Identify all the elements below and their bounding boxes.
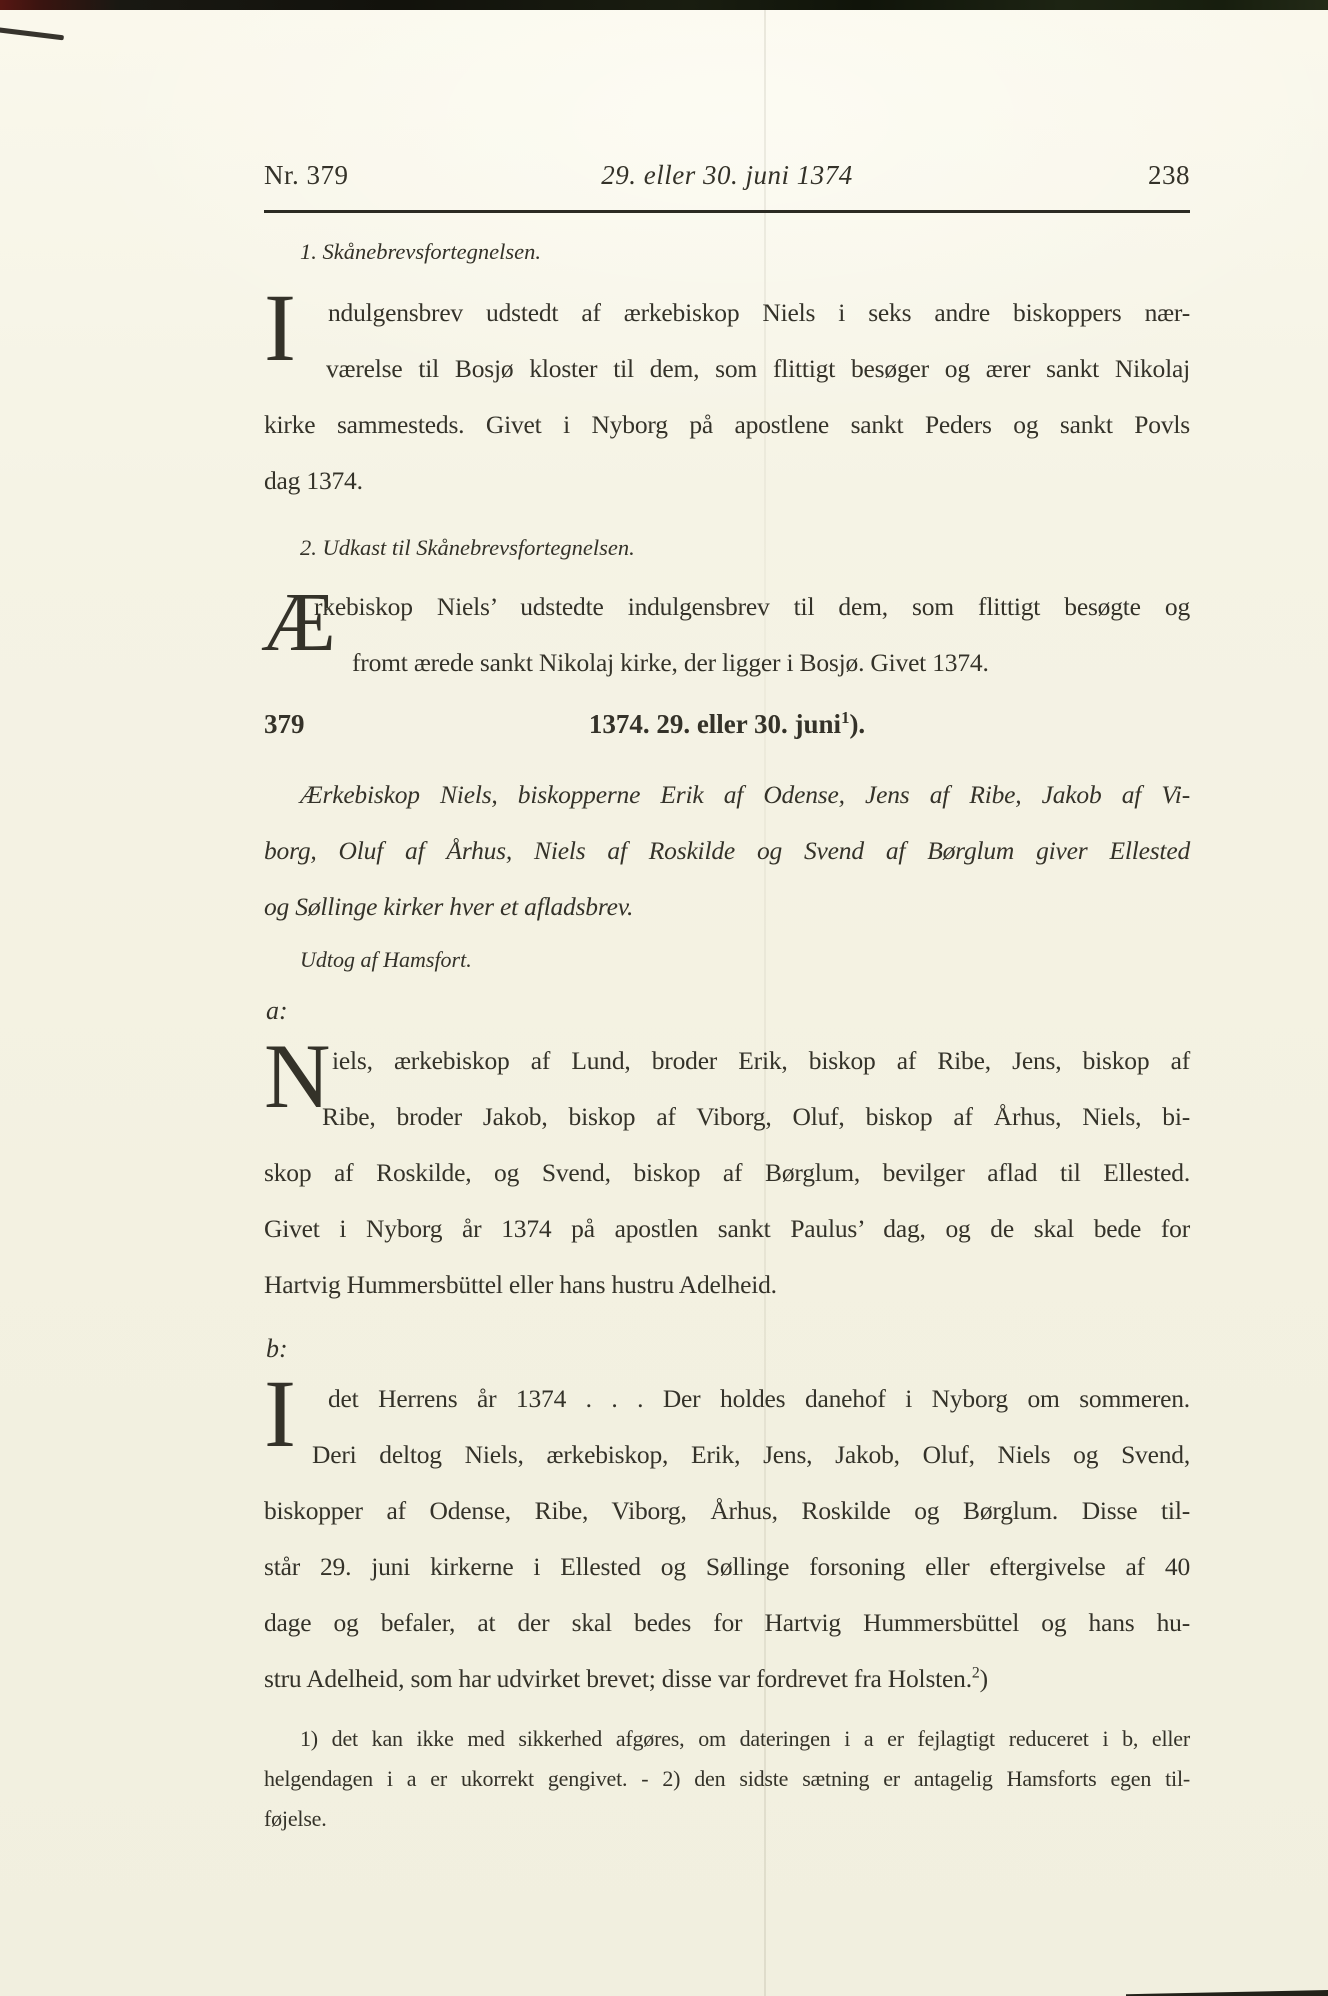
- paragraph-text-b: I det Herrens år 1374 . . . Der holdes d…: [264, 1371, 1190, 1707]
- text-line-end: stru Adelheid, som har udvirket brevet; …: [264, 1664, 972, 1693]
- dropcap-n: N: [264, 1030, 330, 1122]
- text-line: fromt ærede sankt Nikolaj kirke, der lig…: [264, 635, 1190, 691]
- text-line: Givet i Nyborg år 1374 på apostlen sankt…: [264, 1201, 1190, 1257]
- text-line: rkebiskop Niels’ udstedte indulgensbrev …: [264, 579, 1190, 635]
- text-line: Deri deltog Niels, ærkebiskop, Erik, Jen…: [264, 1427, 1190, 1483]
- text-line: biskopper af Odense, Ribe, Viborg, Århus…: [264, 1483, 1190, 1539]
- footnote-line: føjelse.: [264, 1799, 1190, 1839]
- entry-date-suffix: ).: [849, 709, 865, 739]
- text-line: kirke sammesteds. Givet i Nyborg på apos…: [264, 397, 1190, 453]
- dropcap-i: I: [264, 280, 296, 376]
- text-line: stru Adelheid, som har udvirket brevet; …: [264, 1651, 1190, 1707]
- text-line: ndulgensbrev udstedt af ærkebiskop Niels…: [264, 285, 1190, 341]
- section-2-label: 2. Udkast til Skånebrevsfortegnelsen.: [264, 535, 1190, 561]
- footnote-line: helgendagen i a er ukorrekt gengivet. - …: [264, 1759, 1190, 1799]
- footnote-line: 1) det kan ikke med sikkerhed afgøres, o…: [264, 1719, 1190, 1759]
- dropcap-i: I: [264, 1366, 296, 1462]
- text-line: står 29. juni kirkerne i Ellested og Søl…: [264, 1539, 1190, 1595]
- text-line: iels, ærkebiskop af Lund, broder Erik, b…: [264, 1033, 1190, 1089]
- text-line: Hartvig Hummersbüttel eller hans hustru …: [264, 1257, 1190, 1313]
- text-a-label: a:: [264, 995, 1190, 1027]
- header-rule: [264, 210, 1190, 213]
- footnote-ref-2: 2: [972, 1665, 980, 1682]
- entry-date: 1374. 29. eller 30. juni1).: [589, 709, 865, 739]
- paragraph-skanebrev: I ndulgensbrev udstedt af ærkebiskop Nie…: [264, 285, 1190, 509]
- footnote-ref-suffix: ): [980, 1664, 988, 1693]
- text-line: skop af Roskilde, og Svend, biskop af Bø…: [264, 1145, 1190, 1201]
- paragraph-text-a: N iels, ærkebiskop af Lund, broder Erik,…: [264, 1033, 1190, 1313]
- page-header: Nr. 379 29. eller 30. juni 1374 238: [264, 160, 1190, 196]
- text-line: dage og befaler, at der skal bedes for H…: [264, 1595, 1190, 1651]
- text-line: borg, Oluf af Århus, Niels af Roskilde o…: [264, 823, 1190, 879]
- text-line: værelse til Bosjø kloster til dem, som f…: [264, 341, 1190, 397]
- source-note: Udtog af Hamsfort.: [264, 945, 1190, 975]
- text-line: dag 1374.: [264, 453, 1190, 509]
- footnotes: 1) det kan ikke med sikkerhed afgøres, o…: [264, 1719, 1190, 1839]
- entry-number: 379: [264, 709, 305, 740]
- text-line: Ærkebiskop Niels, biskopperne Erik af Od…: [264, 767, 1190, 823]
- text-line: det Herrens år 1374 . . . Der holdes dan…: [264, 1371, 1190, 1427]
- paragraph-udkast: Æ rkebiskop Niels’ udstedte indulgensbre…: [264, 579, 1190, 691]
- scan-corner-shadow: [0, 27, 64, 41]
- page-column: Nr. 379 29. eller 30. juni 1374 238 1. S…: [264, 0, 1190, 1839]
- dropcap-ae: Æ: [261, 581, 336, 665]
- scan-bottom-edge: [1126, 1989, 1328, 1996]
- text-line: og Søllinge kirker hver et afladsbrev.: [264, 879, 1190, 935]
- text-line: Ribe, broder Jakob, biskop af Viborg, Ol…: [264, 1089, 1190, 1145]
- running-head-date: 29. eller 30. juni 1374: [264, 160, 1190, 191]
- page-number: 238: [1148, 160, 1190, 191]
- section-1-label: 1. Skånebrevsfortegnelsen.: [264, 239, 1190, 265]
- entry-date-text: 1374. 29. eller 30. juni: [589, 709, 841, 739]
- regest-paragraph: Ærkebiskop Niels, biskopperne Erik af Od…: [264, 767, 1190, 935]
- entry-heading: 379 1374. 29. eller 30. juni1).: [264, 709, 1190, 745]
- text-b-label: b:: [264, 1333, 1190, 1365]
